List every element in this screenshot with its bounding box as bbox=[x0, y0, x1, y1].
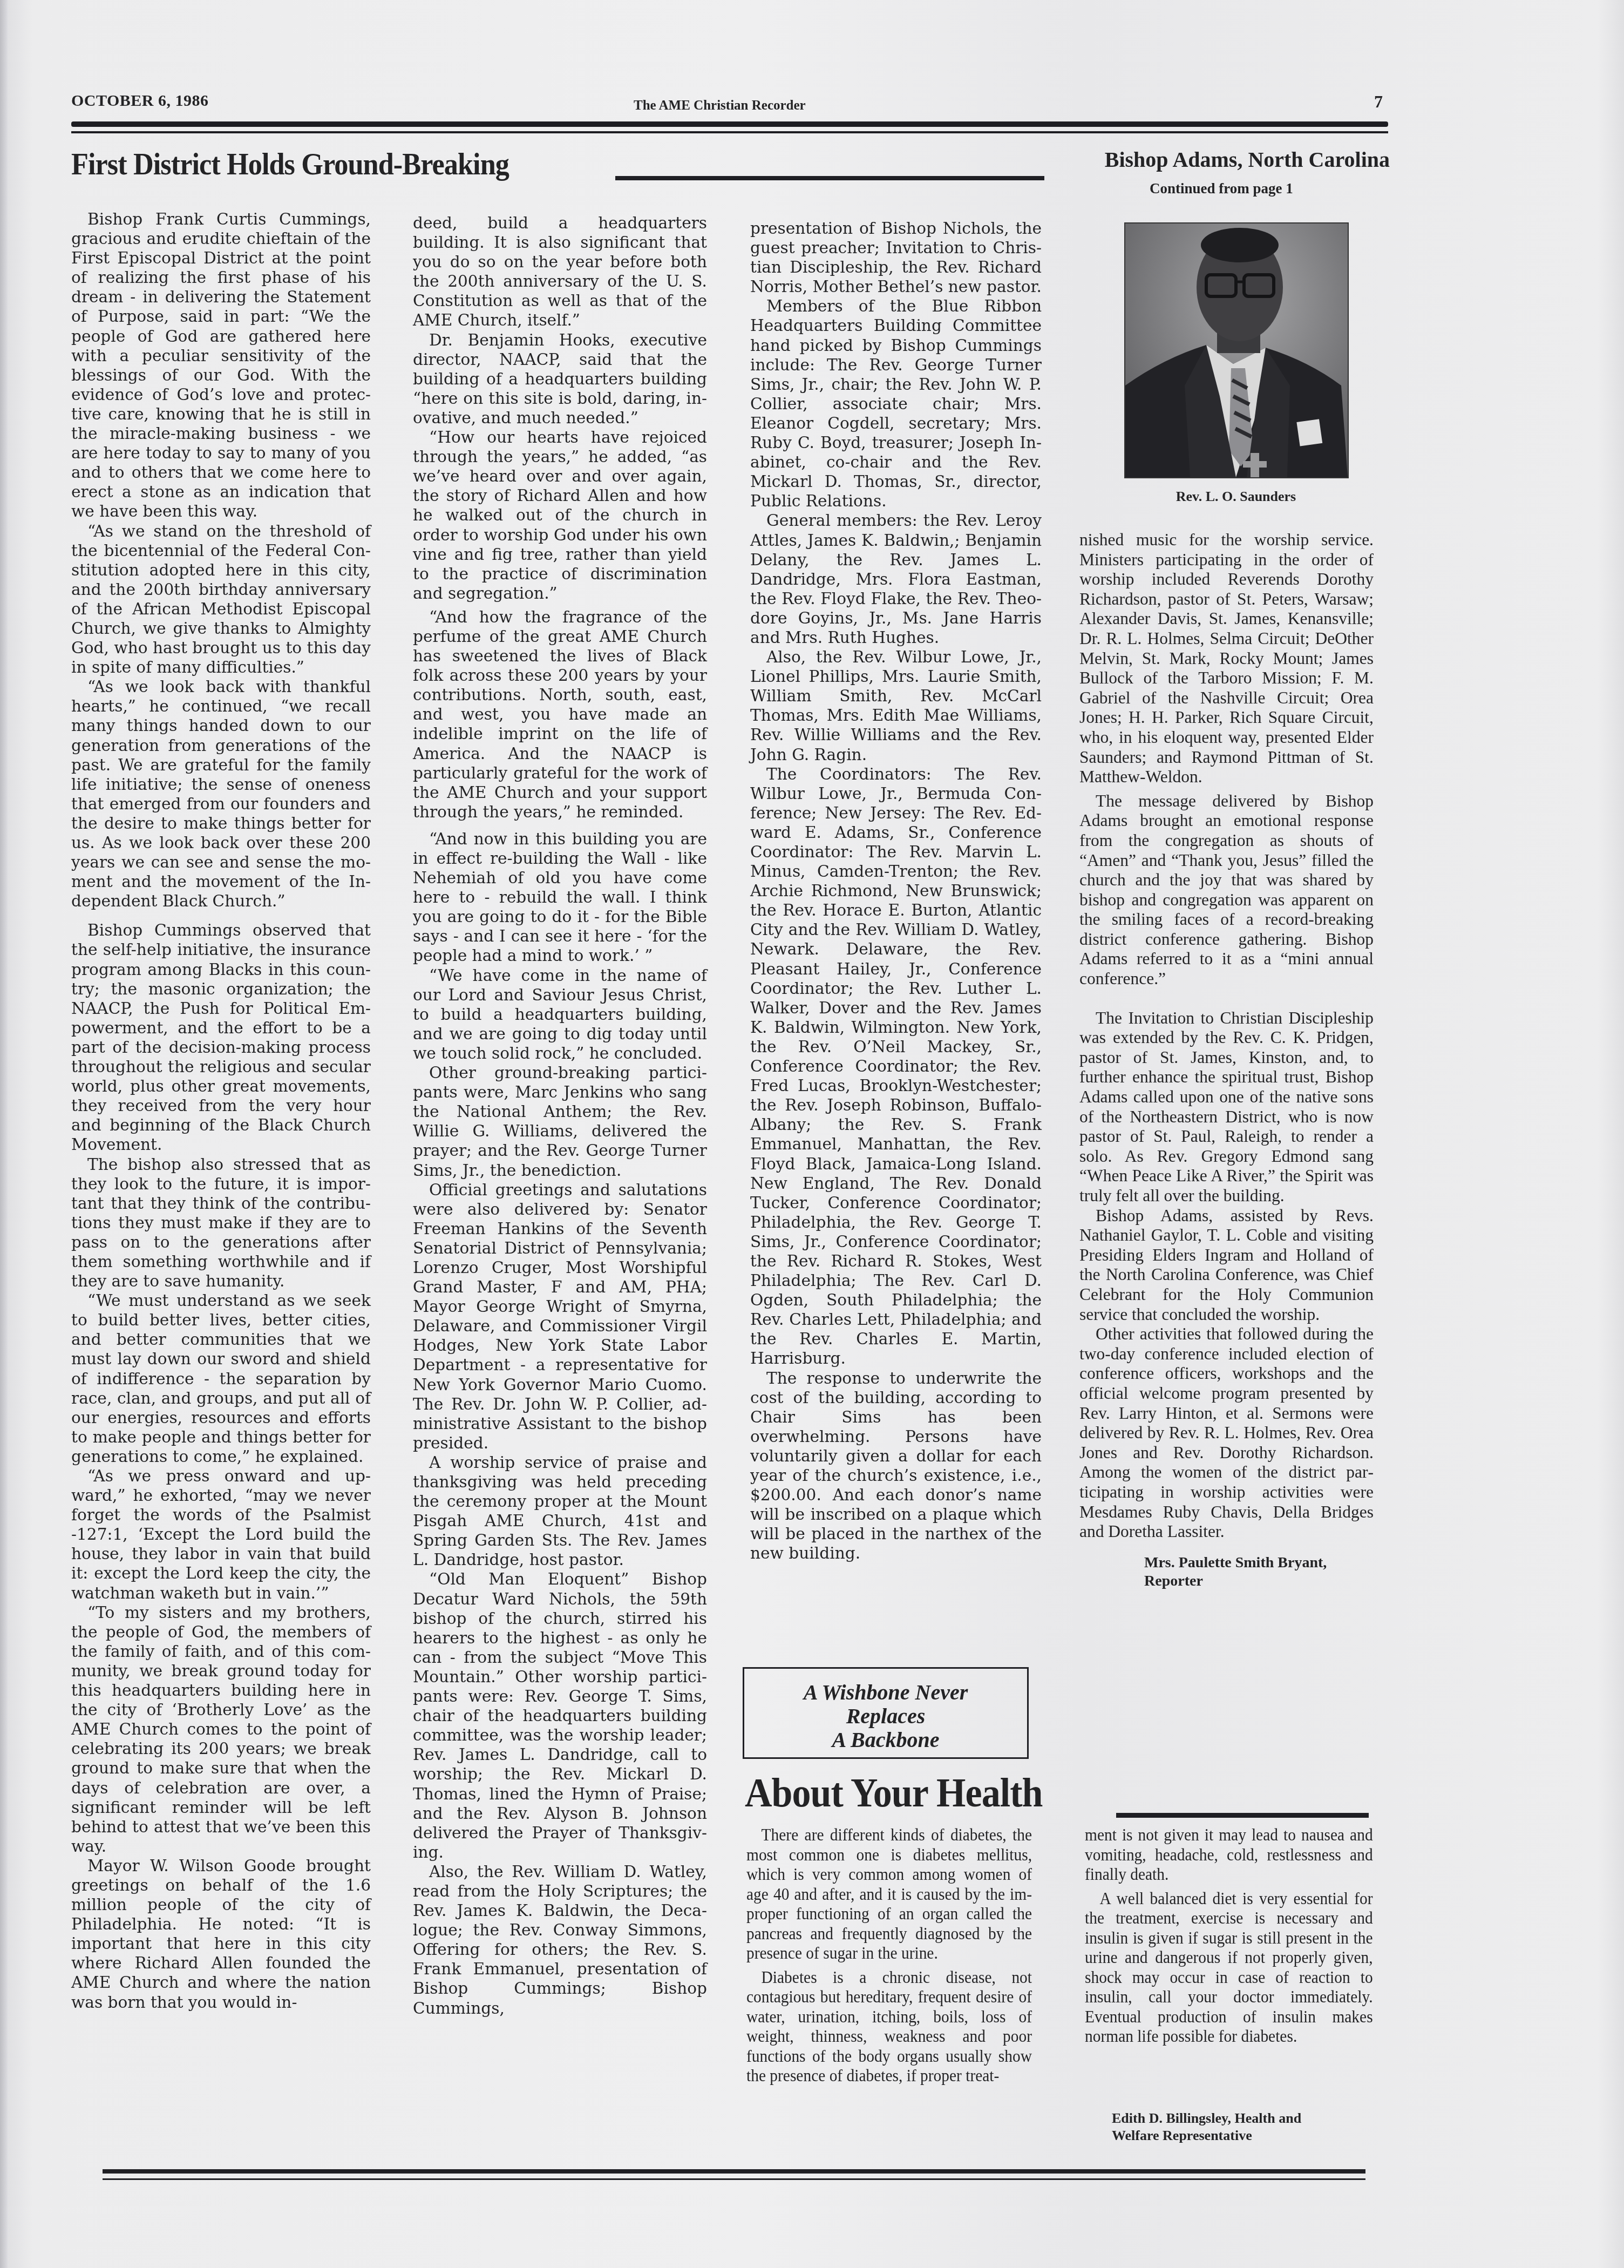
portrait-photo bbox=[1124, 222, 1349, 478]
paragraph: Also, the Rev. Wilbur Lowe, Jr., Lionel … bbox=[750, 647, 1042, 764]
publication-name: The AME Christian Recorder bbox=[634, 98, 806, 113]
paragraph: Bishop Adams, assisted by Revs. Nathanie… bbox=[1079, 1206, 1374, 1325]
footer-rule-thin bbox=[103, 2178, 1365, 2180]
quote-line: A Wishbone Never bbox=[744, 1681, 1027, 1704]
paragraph: “And now in this building you are in eff… bbox=[413, 829, 707, 966]
paragraph: “We must understand as we seek to build … bbox=[71, 1291, 371, 1466]
paragraph: Bishop Frank Curtis Cummings, gracious a… bbox=[71, 209, 371, 522]
paragraph: “And how the fragrance of the perfume of… bbox=[413, 607, 707, 822]
health-author: Edith D. Billingsley, Health and bbox=[1112, 2110, 1371, 2127]
reporter-byline: Mrs. Paulette Smith Bryant, Reporter bbox=[1144, 1554, 1374, 1590]
paragraph: A well balanced diet is very essen­tial … bbox=[1085, 1888, 1373, 2046]
main-headline: First District Holds Ground-Breaking bbox=[71, 146, 509, 182]
photo-caption: Rev. L. O. Saunders bbox=[1150, 489, 1322, 505]
masthead-rule-thick bbox=[71, 121, 1388, 127]
masthead: OCTOBER 6, 1986 The AME Christian Record… bbox=[71, 92, 1383, 124]
paragraph: Other activities that followed dur­ing t… bbox=[1079, 1324, 1374, 1542]
newspaper-page: OCTOBER 6, 1986 The AME Christian Record… bbox=[0, 0, 1624, 2268]
paragraph: Also, the Rev. William D. Watley, read f… bbox=[413, 1862, 707, 2018]
headline-rule bbox=[615, 176, 1044, 180]
paragraph: A worship service of praise and thanksgi… bbox=[413, 1453, 707, 1570]
paragraph: presentation of Bishop Nichols, the gues… bbox=[750, 219, 1042, 296]
health-author-role: Welfare Representative bbox=[1112, 2127, 1371, 2144]
page-number: 7 bbox=[1374, 92, 1383, 112]
paragraph: Other ground-breaking partici­pants were… bbox=[413, 1063, 707, 1180]
health-byline: Edith D. Billingsley, Health and Welfare… bbox=[1112, 2110, 1371, 2144]
paragraph: The bishop also stressed that as they lo… bbox=[71, 1155, 371, 1291]
sidebar-article-column: nished music for the worship service. Mi… bbox=[1079, 530, 1374, 1590]
health-headline-rule bbox=[1116, 1813, 1369, 1818]
issue-date: OCTOBER 6, 1986 bbox=[71, 92, 209, 110]
paragraph: The Coordinators: The Rev. Wilbur Lowe, … bbox=[750, 764, 1042, 1369]
paragraph: Dr. Benjamin Hooks, executive director, … bbox=[413, 330, 707, 428]
sidebar-headline: Bishop Adams, North Carolina bbox=[1088, 147, 1390, 172]
paragraph: Diabetes is a chronic disease, not conta… bbox=[746, 1967, 1032, 2086]
paragraph: nished music for the worship service. Mi… bbox=[1079, 530, 1374, 787]
footer-rule-thick bbox=[103, 2169, 1365, 2174]
health-headline: About Your Health bbox=[745, 1770, 1043, 1817]
health-article-column-1: There are different kinds of diabetes, t… bbox=[746, 1825, 1032, 2086]
paragraph: There are different kinds of diabetes, t… bbox=[746, 1825, 1032, 1963]
main-article-column-2: deed, build a headquarters building. It … bbox=[413, 213, 707, 2018]
portrait-illustration-icon bbox=[1125, 224, 1348, 477]
quote-line: Replaces bbox=[744, 1704, 1027, 1728]
masthead-rule-thin bbox=[71, 131, 1388, 133]
quote-line: A Backbone bbox=[744, 1728, 1027, 1752]
paragraph: Mayor W. Wilson Goode brought greetings … bbox=[71, 1856, 371, 2012]
main-article-column-1: Bishop Frank Curtis Cummings, gracious a… bbox=[71, 209, 371, 2012]
paragraph: “Old Man Eloquent” Bishop Decatur Ward N… bbox=[413, 1569, 707, 1861]
paragraph: deed, build a headquarters building. It … bbox=[413, 213, 707, 330]
paragraph: The response to underwrite the cost of t… bbox=[750, 1369, 1042, 1563]
paragraph: “As we stand on the threshold of the bic… bbox=[71, 522, 371, 678]
page-fold-shadow bbox=[0, 0, 8, 2268]
filler-quote-box: A Wishbone Never Replaces A Backbone bbox=[743, 1667, 1029, 1759]
paragraph: “We have come in the name of our Lord an… bbox=[413, 966, 707, 1063]
health-article-column-2: ment is not given it may lead to nausea … bbox=[1085, 1825, 1373, 2046]
paragraph: “As we look back with thankful hearts,” … bbox=[71, 677, 371, 911]
continued-note: Continued from page 1 bbox=[1150, 180, 1293, 197]
paragraph: Official greetings and salutations were … bbox=[413, 1180, 707, 1453]
paragraph: The Invitation to Christian Discipleship… bbox=[1079, 1008, 1374, 1206]
paragraph: “As we press onward and up­ward,” he exh… bbox=[71, 1466, 371, 1603]
paragraph: “How our hearts have rejoiced through th… bbox=[413, 428, 707, 603]
paragraph: Bishop Cummings observed that the self-h… bbox=[71, 920, 371, 1154]
paragraph: Members of the Blue Ribbon Headquarters … bbox=[750, 296, 1042, 511]
paragraph: The message delivered by Bishop Adams br… bbox=[1079, 791, 1374, 989]
paragraph: “To my sisters and my brothers, the peop… bbox=[71, 1603, 371, 1856]
main-article-column-3: presentation of Bishop Nichols, the gues… bbox=[750, 219, 1042, 1563]
paragraph: General members: the Rev. Leroy Attles, … bbox=[750, 511, 1042, 647]
reporter-role: Reporter bbox=[1144, 1573, 1203, 1589]
paragraph: ment is not given it may lead to nausea … bbox=[1085, 1825, 1373, 1884]
reporter-name: Mrs. Paulette Smith Bryant, bbox=[1144, 1554, 1327, 1571]
